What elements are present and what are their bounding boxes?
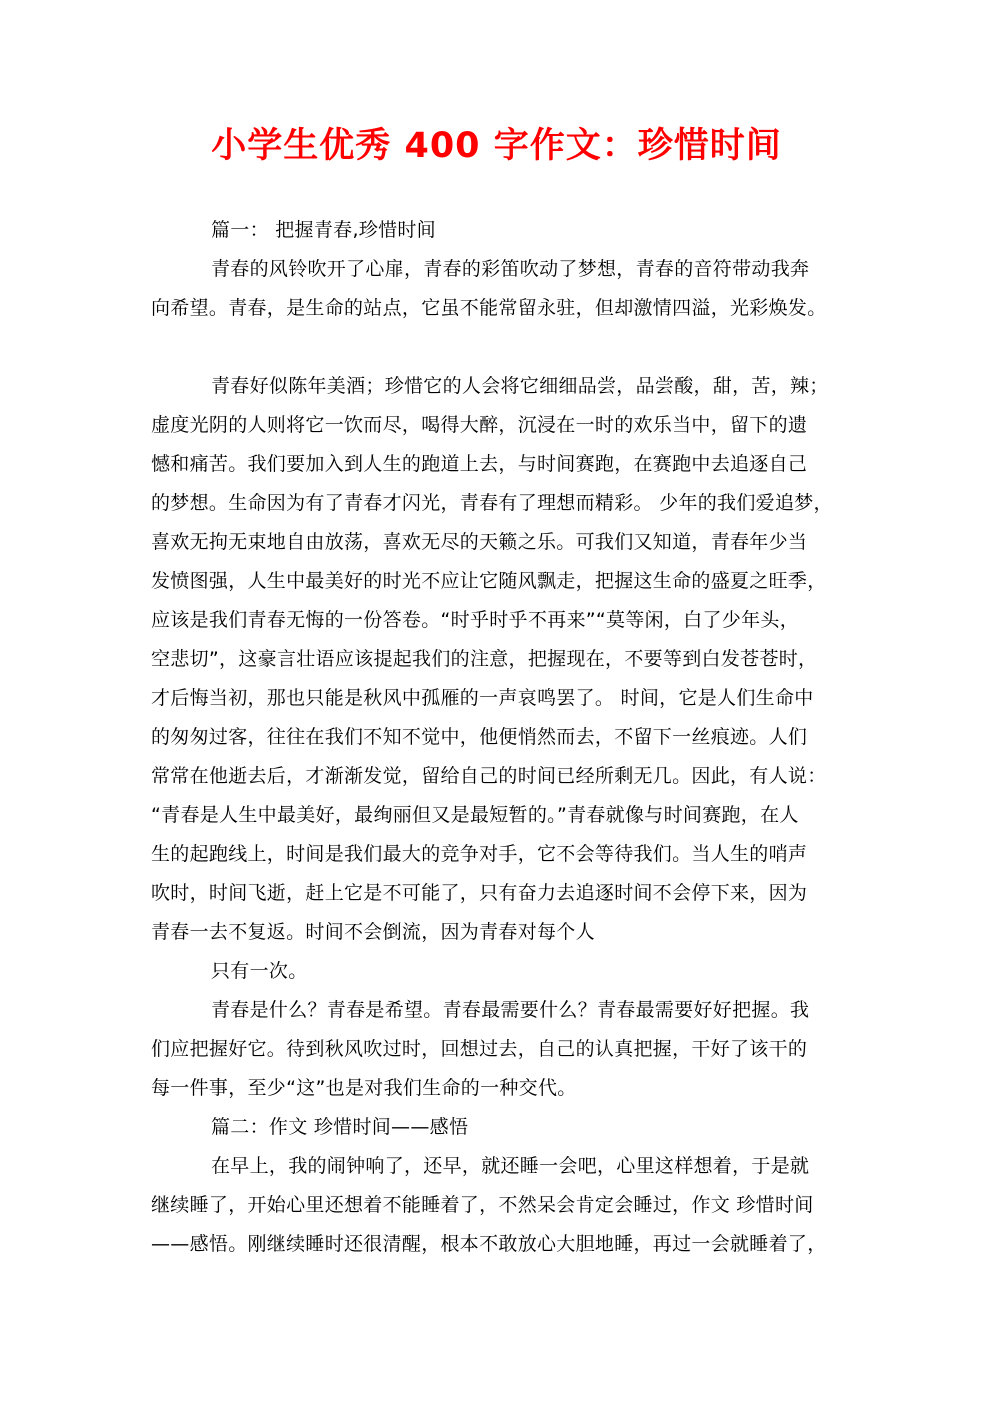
paragraph-line: 才后悔当初，那也只能是秋风中孤雁的一声哀鸣罢了。 时间，它是人们生命中 — [151, 686, 814, 710]
paragraph-line: 向希望。青春，是生命的站点，它虽不能常留永驻，但却激情四溢，光彩焕发。 — [151, 296, 827, 320]
paragraph-line: 生的起跑线上，时间是我们最大的竞争对手，它不会等待我们。当人生的哨声 — [151, 842, 807, 866]
paragraph-line: 青春一去不复返。时间不会倒流，因为青春对每个人 — [151, 920, 595, 944]
paragraph-line: 青春是什么？青春是希望。青春最需要什么？青春最需要好好把握。我 — [211, 998, 809, 1022]
paragraph-line: 青春的风铃吹开了心扉，青春的彩笛吹动了梦想，青春的音符带动我奔 — [211, 257, 809, 281]
paragraph-line: 的梦想。生命因为有了青春才闪光，青春有了理想而精彩。 少年的我们爱追梦， — [151, 491, 833, 515]
paragraph-line: “青春是人生中最美好，最绚丽但又是最短暂的。”青春就像与时间赛跑，在人 — [151, 803, 799, 827]
document-title: 小学生优秀 400 字作文：珍惜时间 — [0, 122, 993, 170]
section-heading-1: 篇一： 把握青春,珍惜时间 — [211, 218, 436, 242]
document-page: 小学生优秀 400 字作文：珍惜时间 篇一： 把握青春,珍惜时间 青春的风铃吹开… — [0, 0, 993, 1404]
paragraph-line: 继续睡了，开始心里还想着不能睡着了，不然呆会肯定会睡过，作文 珍惜时间 — [151, 1193, 814, 1217]
paragraph-line: 的匆匆过客，往往在我们不知不觉中，他便悄然而去，不留下一丝痕迹。人们 — [151, 725, 807, 749]
paragraph-line: 吹时，时间飞逝，赶上它是不可能了，只有奋力去追逐时间不会停下来，因为 — [151, 881, 807, 905]
paragraph-line: 常常在他逝去后，才渐渐发觉，留给自己的时间已经所剩无几。因此，有人说： — [151, 764, 827, 788]
paragraph-line: 空悲切”，这豪言壮语应该提起我们的注意，把握现在，不要等到白发苍苍时， — [151, 647, 817, 671]
paragraph-line: 喜欢无拘无束地自由放荡，喜欢无尽的天籁之乐。可我们又知道，青春年少当 — [151, 530, 807, 554]
paragraph-line: 们应把握好它。待到秋风吹过时，回想过去，自己的认真把握，干好了该干的 — [151, 1037, 807, 1061]
paragraph-line: 只有一次。 — [211, 959, 308, 983]
paragraph-line: 发愤图强，人生中最美好的时光不应让它随风飘走，把握这生命的盛夏之旺季， — [151, 569, 827, 593]
paragraph-line: 青春好似陈年美酒；珍惜它的人会将它细细品尝，品尝酸，甜，苦，辣； — [211, 374, 829, 398]
paragraph-line: 虚度光阴的人则将它一饮而尽，喝得大醉，沉浸在一时的欢乐当中，留下的遗 — [151, 413, 807, 437]
paragraph-line: 应该是我们青春无悔的一份答卷。“时乎时乎不再来”“莫等闲，白了少年头， — [151, 608, 799, 632]
paragraph-line: 憾和痛苦。我们要加入到人生的跑道上去，与时间赛跑，在赛跑中去追逐自己 — [151, 452, 807, 476]
paragraph-line: 每一件事，至少“这”也是对我们生命的一种交代。 — [151, 1076, 577, 1100]
section-heading-2: 篇二：作文 珍惜时间——感悟 — [211, 1115, 468, 1139]
paragraph-line: ——感悟。刚继续睡时还很清醒，根本不敢放心大胆地睡，再过一会就睡着了， — [151, 1232, 827, 1256]
paragraph-line: 在早上，我的闹钟响了，还早，就还睡一会吧，心里这样想着，于是就 — [211, 1154, 809, 1178]
